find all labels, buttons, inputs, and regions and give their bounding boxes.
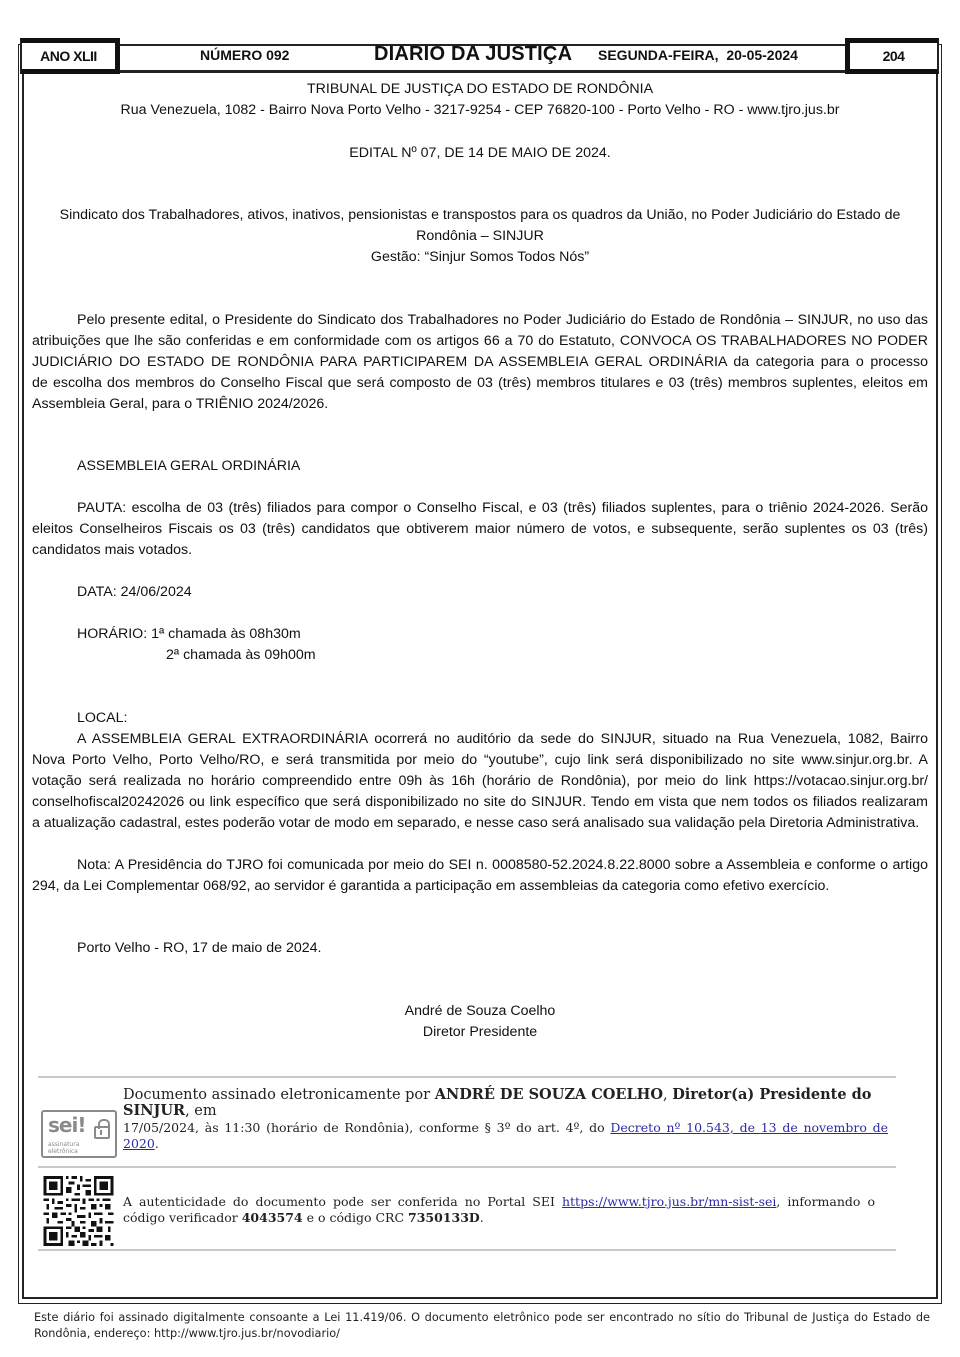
intro-line: atribuições que lhe são conferidas e em … bbox=[32, 331, 928, 352]
page-footer: Este diário foi assinado digitalmente co… bbox=[34, 1310, 930, 1342]
authenticity-statement: A autenticidade do documento pode ser co… bbox=[123, 1194, 893, 1226]
footer-line: Rondônia, endereço: http://www.tjro.jus.… bbox=[34, 1326, 930, 1342]
verifier-code: 4043574 bbox=[242, 1210, 303, 1225]
signature-statement: Documento assinado eletronicamente por A… bbox=[123, 1087, 893, 1152]
qr-code-icon bbox=[42, 1176, 115, 1246]
location-line: votação será realizada no horário compre… bbox=[32, 771, 928, 792]
pauta-line: PAUTA: escolha de 03 (três) filiados par… bbox=[32, 498, 928, 519]
location-line: a atualização cadastral, estes poderão v… bbox=[32, 813, 928, 834]
decree-link[interactable]: Decreto nº 10.543, de 13 de novembro de bbox=[610, 1120, 888, 1135]
intro-paragraph: Pelo presente edital, o Presidente do Si… bbox=[32, 310, 928, 415]
note-line: Nota: A Presidência do TJRO foi comunica… bbox=[32, 855, 928, 876]
meeting-date: DATA: 24/06/2024 bbox=[77, 582, 192, 603]
location-line: A ASSEMBLEIA GERAL EXTRAORDINÁRIA ocorre… bbox=[32, 729, 928, 750]
place-and-date: Porto Velho - RO, 17 de maio de 2024. bbox=[77, 938, 322, 959]
sei-signature-logo: sei! assinaturaeletrônica bbox=[41, 1110, 117, 1158]
sei-portal-link[interactable]: https://www.tjro.jus.br/mn-sist-sei bbox=[562, 1194, 776, 1209]
schedule-first-call: HORÁRIO: 1ª chamada às 08h30m bbox=[77, 624, 301, 645]
signature-rule-middle bbox=[38, 1166, 896, 1168]
footer-line: Este diário foi assinado digitalmente co… bbox=[34, 1310, 930, 1326]
edital-title: EDITAL Nº 07, DE 14 DE MAIO DE 2024. bbox=[30, 143, 930, 164]
schedule-second-call: 2ª chamada às 09h00m bbox=[166, 645, 316, 666]
intro-line: JUDICIÁRIO DO ESTADO DE RONDÔNIA PARA PA… bbox=[32, 352, 928, 373]
intro-line: Pelo presente edital, o Presidente do Si… bbox=[32, 310, 928, 331]
court-address: Rua Venezuela, 1082 - Bairro Nova Porto … bbox=[30, 100, 930, 121]
note-paragraph: Nota: A Presidência do TJRO foi comunica… bbox=[32, 855, 928, 897]
journal-title: DIARIO DA JUSTIÇA bbox=[374, 43, 572, 66]
pauta-line: eleitos Conselheiros Fiscais os 03 (três… bbox=[32, 519, 928, 540]
pauta-paragraph: PAUTA: escolha de 03 (três) filiados par… bbox=[32, 498, 928, 561]
signature-rule-bottom bbox=[38, 1249, 896, 1251]
sei-logo-caption: assinaturaeletrônica bbox=[48, 1141, 79, 1155]
location-label: LOCAL: bbox=[77, 708, 127, 729]
intro-line: de escolha dos membros do Conselho Fisca… bbox=[32, 373, 928, 394]
sei-logo-word: sei! bbox=[48, 1113, 85, 1137]
page-number: 204 bbox=[850, 43, 937, 69]
assembly-heading: ASSEMBLEIA GERAL ORDINÁRIA bbox=[77, 456, 300, 477]
signer-name: ANDRÉ DE SOUZA COELHO bbox=[435, 1086, 663, 1103]
crc-code: 7350133D bbox=[408, 1210, 480, 1225]
union-name-line1: Sindicato dos Trabalhadores, ativos, ina… bbox=[30, 205, 930, 226]
note-line: 294, da Lei Complementar 068/92, ao serv… bbox=[32, 876, 928, 897]
signatory-role: Diretor Presidente bbox=[30, 1022, 930, 1043]
intro-line: Assembleia Geral, para o TRIÊNIO 2024/20… bbox=[32, 394, 928, 415]
year-label: ANO XLII bbox=[22, 43, 115, 69]
signature-rule-top bbox=[38, 1076, 896, 1078]
union-management: Gestão: “Sinjur Somos Todos Nós” bbox=[30, 247, 930, 268]
lock-icon bbox=[94, 1126, 110, 1139]
location-paragraph: A ASSEMBLEIA GERAL EXTRAORDINÁRIA ocorre… bbox=[32, 729, 928, 834]
header-rule-bottom bbox=[115, 70, 845, 73]
issue-date: SEGUNDA-FEIRA, 20-05-2024 bbox=[598, 47, 798, 63]
location-line: conselhofiscal20242026 ou link específic… bbox=[32, 792, 928, 813]
issue-number: NÚMERO 092 bbox=[200, 47, 289, 63]
signatory-name: André de Souza Coelho bbox=[30, 1001, 930, 1022]
union-name-line2: Rondônia – SINJUR bbox=[30, 226, 930, 247]
decree-link-year[interactable]: 2020 bbox=[123, 1136, 155, 1151]
page-number-box: 204 bbox=[845, 38, 939, 74]
court-name: TRIBUNAL DE JUSTIÇA DO ESTADO DE RONDÔNI… bbox=[30, 79, 930, 100]
pauta-line: candidatos mais votados. bbox=[32, 540, 928, 561]
location-line: Nova Porto Velho, Porto Velho/RO, e será… bbox=[32, 750, 928, 771]
year-box: ANO XLII bbox=[20, 38, 120, 74]
